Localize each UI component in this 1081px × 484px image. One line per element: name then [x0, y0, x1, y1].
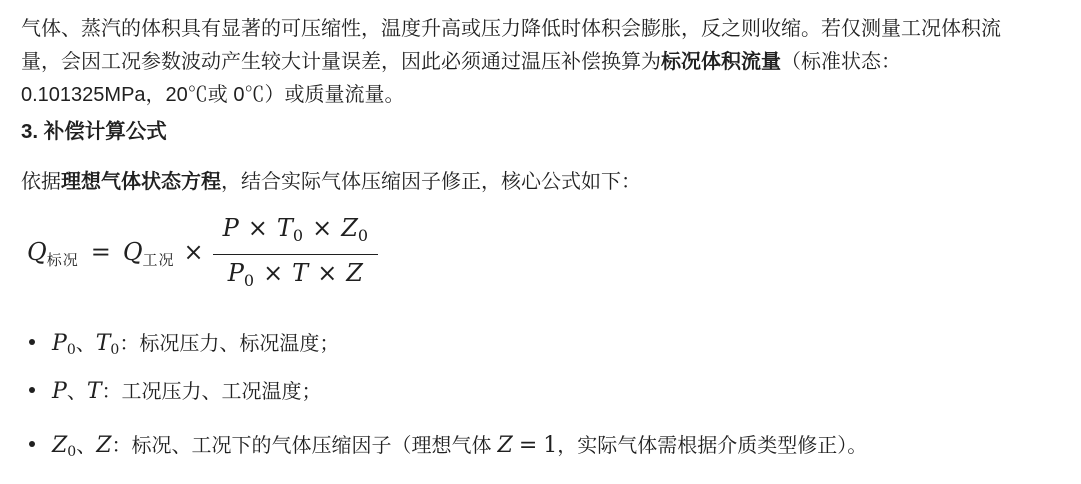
definition-text: 工况压力、工况温度； — [122, 381, 322, 403]
var-t0: T — [96, 331, 111, 356]
document-page: 气体、蒸汽的体积具有显著的可压缩性，温度升高或压力降低时体积会膨胀，反之则收缩。… — [0, 0, 1081, 484]
multiply-sign: × — [317, 259, 337, 287]
list-item-working-conditions: P、T：工况压力、工况温度； — [21, 375, 322, 405]
separator: 、 — [67, 381, 87, 403]
var-t0-subscript: 0 — [293, 226, 303, 245]
var-p: P — [52, 379, 67, 404]
var-z: Z — [96, 433, 111, 458]
list-item-content: P0、T0：标况压力、标况温度； — [52, 327, 339, 358]
bullet-icon — [29, 339, 35, 345]
intro-paragraph: 气体、蒸汽的体积具有显著的可压缩性，温度升高或压力降低时体积会膨胀，反之则收缩。… — [21, 13, 1013, 112]
var-p0-subscript: 0 — [244, 271, 254, 290]
intro-bold-standard-flow: 标况体积流量 — [661, 51, 781, 73]
multiply-sign: × — [312, 214, 332, 242]
separator: 、 — [76, 333, 96, 355]
var-p0: P — [52, 331, 67, 356]
var-z0-subscript: 0 — [67, 444, 76, 460]
value-one: 1 — [543, 433, 557, 458]
formula-q-working: Q — [123, 238, 143, 266]
var-t0: T — [277, 214, 293, 242]
definition-text-after: ，实际气体需根据介质类型修正）。 — [557, 435, 867, 457]
formula-lhs: Q标况=Q工况× — [27, 238, 213, 270]
formula-intro-paragraph: 依据理想气体状态方程，结合实际气体压缩因子修正，核心公式如下： — [21, 166, 1021, 199]
var-p: P — [223, 214, 239, 242]
list-item-standard-conditions: P0、T0：标况压力、标况温度； — [21, 327, 339, 357]
formula-q-working-subscript: 工况 — [143, 252, 175, 269]
var-p0-subscript: 0 — [67, 342, 76, 358]
multiply-sign: × — [248, 214, 268, 242]
var-z0: Z — [52, 433, 67, 458]
fraction-denominator: P0×T×Z — [213, 254, 378, 295]
var-t0-subscript: 0 — [110, 342, 119, 358]
formula-q-standard-subscript: 标况 — [47, 252, 79, 269]
fraction-numerator: P×T0×Z0 — [213, 214, 378, 254]
var-z0-subscript: 0 — [358, 226, 368, 245]
var-p0: P — [228, 259, 244, 287]
definition-text: 标况压力、标况温度； — [139, 333, 339, 355]
list-item-content: Z0、Z：标况、工况下的气体压缩因子（理想气体Z=1，实际气体需根据介质类型修正… — [52, 429, 867, 460]
formula-fraction: P×T0×Z0 P0×T×Z — [213, 214, 378, 295]
colon: ： — [102, 381, 122, 403]
var-z: Z — [346, 259, 363, 287]
definition-text-before: 标况、工况下的气体压缩因子（理想气体 — [132, 435, 492, 457]
colon: ： — [112, 435, 132, 457]
equals-sign: = — [519, 433, 537, 458]
list-item-compressibility-factor: Z0、Z：标况、工况下的气体压缩因子（理想气体Z=1，实际气体需根据介质类型修正… — [21, 429, 867, 459]
colon: ： — [119, 333, 139, 355]
multiply-sign: × — [184, 238, 204, 266]
var-z-inline: Z — [498, 433, 513, 458]
separator: 、 — [76, 435, 96, 457]
bullet-icon — [29, 441, 35, 447]
formula-q-standard: Q — [27, 238, 47, 266]
compensation-formula: Q标况=Q工况× P×T0×Z0 P0×T×Z — [21, 221, 378, 287]
var-z0: Z — [341, 214, 358, 242]
formula-intro-text-1: 依据 — [21, 171, 61, 193]
formula-intro-bold-ideal-gas: 理想气体状态方程 — [61, 171, 221, 193]
bullet-icon — [29, 387, 35, 393]
multiply-sign: × — [263, 259, 283, 287]
section-heading: 3. 补偿计算公式 — [21, 119, 167, 145]
equals-sign: = — [91, 238, 111, 266]
var-t: T — [292, 259, 308, 287]
list-item-content: P、T：工况压力、工况温度； — [52, 375, 322, 406]
var-t: T — [87, 379, 102, 404]
formula-intro-text-2: ，结合实际气体压缩因子修正，核心公式如下： — [221, 171, 641, 193]
